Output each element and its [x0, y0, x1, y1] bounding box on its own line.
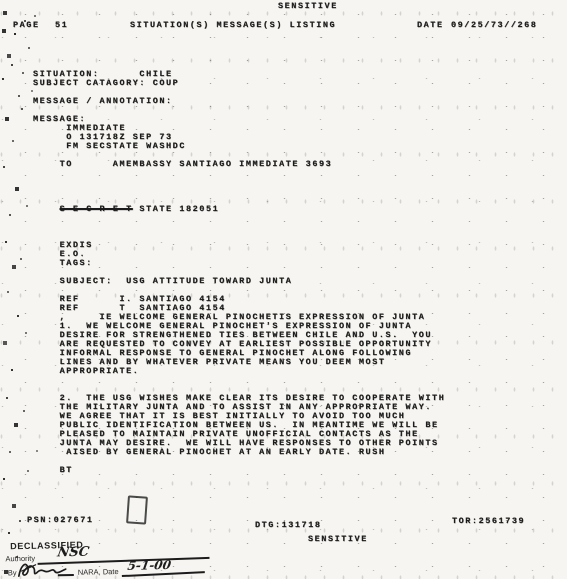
by-underline [58, 574, 74, 576]
message-body: SITUATION: CHILESUBJECT CATAGORY: COUP M… [33, 52, 445, 493]
nara-date-value: 5-1-00 [127, 558, 173, 573]
body-line: E.O. [33, 250, 445, 259]
body-line: TO AMEMBASSY SANTIAGO IMMEDIATE 3693 [33, 160, 445, 169]
date-value: 09/25/73//268 [451, 21, 537, 30]
declassified-stamp: DECLASSIFIED Authority NSC By NARA, Date… [0, 532, 240, 537]
classification-banner-bottom: SENSITIVE [308, 535, 368, 544]
body-line: SUBJECT CATAGORY: COUP [33, 79, 445, 88]
body-line [33, 106, 445, 115]
page-number: 51 [55, 21, 68, 30]
classification-banner-top: SENSITIVE [278, 2, 338, 11]
body-line [33, 169, 445, 178]
body-line: FM SECSTATE WASHDC [33, 142, 445, 151]
date-label: DATE [417, 21, 444, 30]
punch-mark [126, 495, 148, 524]
listing-title: SITUATION(S) MESSAGE(S) LISTING [130, 21, 336, 30]
footer-tor: TOR:2561739 [452, 517, 525, 526]
nara-date-label: NARA, Date [78, 567, 119, 577]
secret-classification-line: S E C R E T STATE 182051 [33, 205, 445, 214]
body-line [33, 376, 445, 385]
footer-dtg: DTG:131718 [255, 521, 322, 530]
body-line: EXDIS [33, 241, 445, 250]
scan-noise-left-edge [0, 0, 2, 2]
footer-psn: PSN:027671 [27, 516, 94, 525]
document-scan-page: SENSITIVE PAGE 51 SITUATION(S) MESSAGE(S… [0, 0, 567, 579]
body-line: AISED BY GENERAL PINOCHET AT AN EARLY DA… [33, 448, 445, 457]
body-line: MESSAGE / ANNOTATION: [33, 97, 445, 106]
page-label: PAGE [13, 21, 40, 30]
body-line [33, 232, 445, 241]
body-line: TAGS: [33, 259, 445, 268]
body-line: APPROPRIATE. [33, 367, 445, 376]
body-line: BT [33, 466, 445, 475]
secret-indent [33, 204, 60, 214]
body-line [33, 178, 445, 187]
body-line: SUBJECT: USG ATTITUDE TOWARD JUNTA [33, 277, 445, 286]
secret-line-rest: STATE 182051 [133, 204, 219, 214]
struck-secret-text: S E C R E T [60, 204, 133, 214]
body-lines-rest: EXDIS E.O. TAGS: SUBJECT: USG ATTITUDE T… [33, 232, 445, 475]
body-lines-top: SITUATION: CHILESUBJECT CATAGORY: COUP M… [33, 70, 445, 187]
body-line [33, 457, 445, 466]
